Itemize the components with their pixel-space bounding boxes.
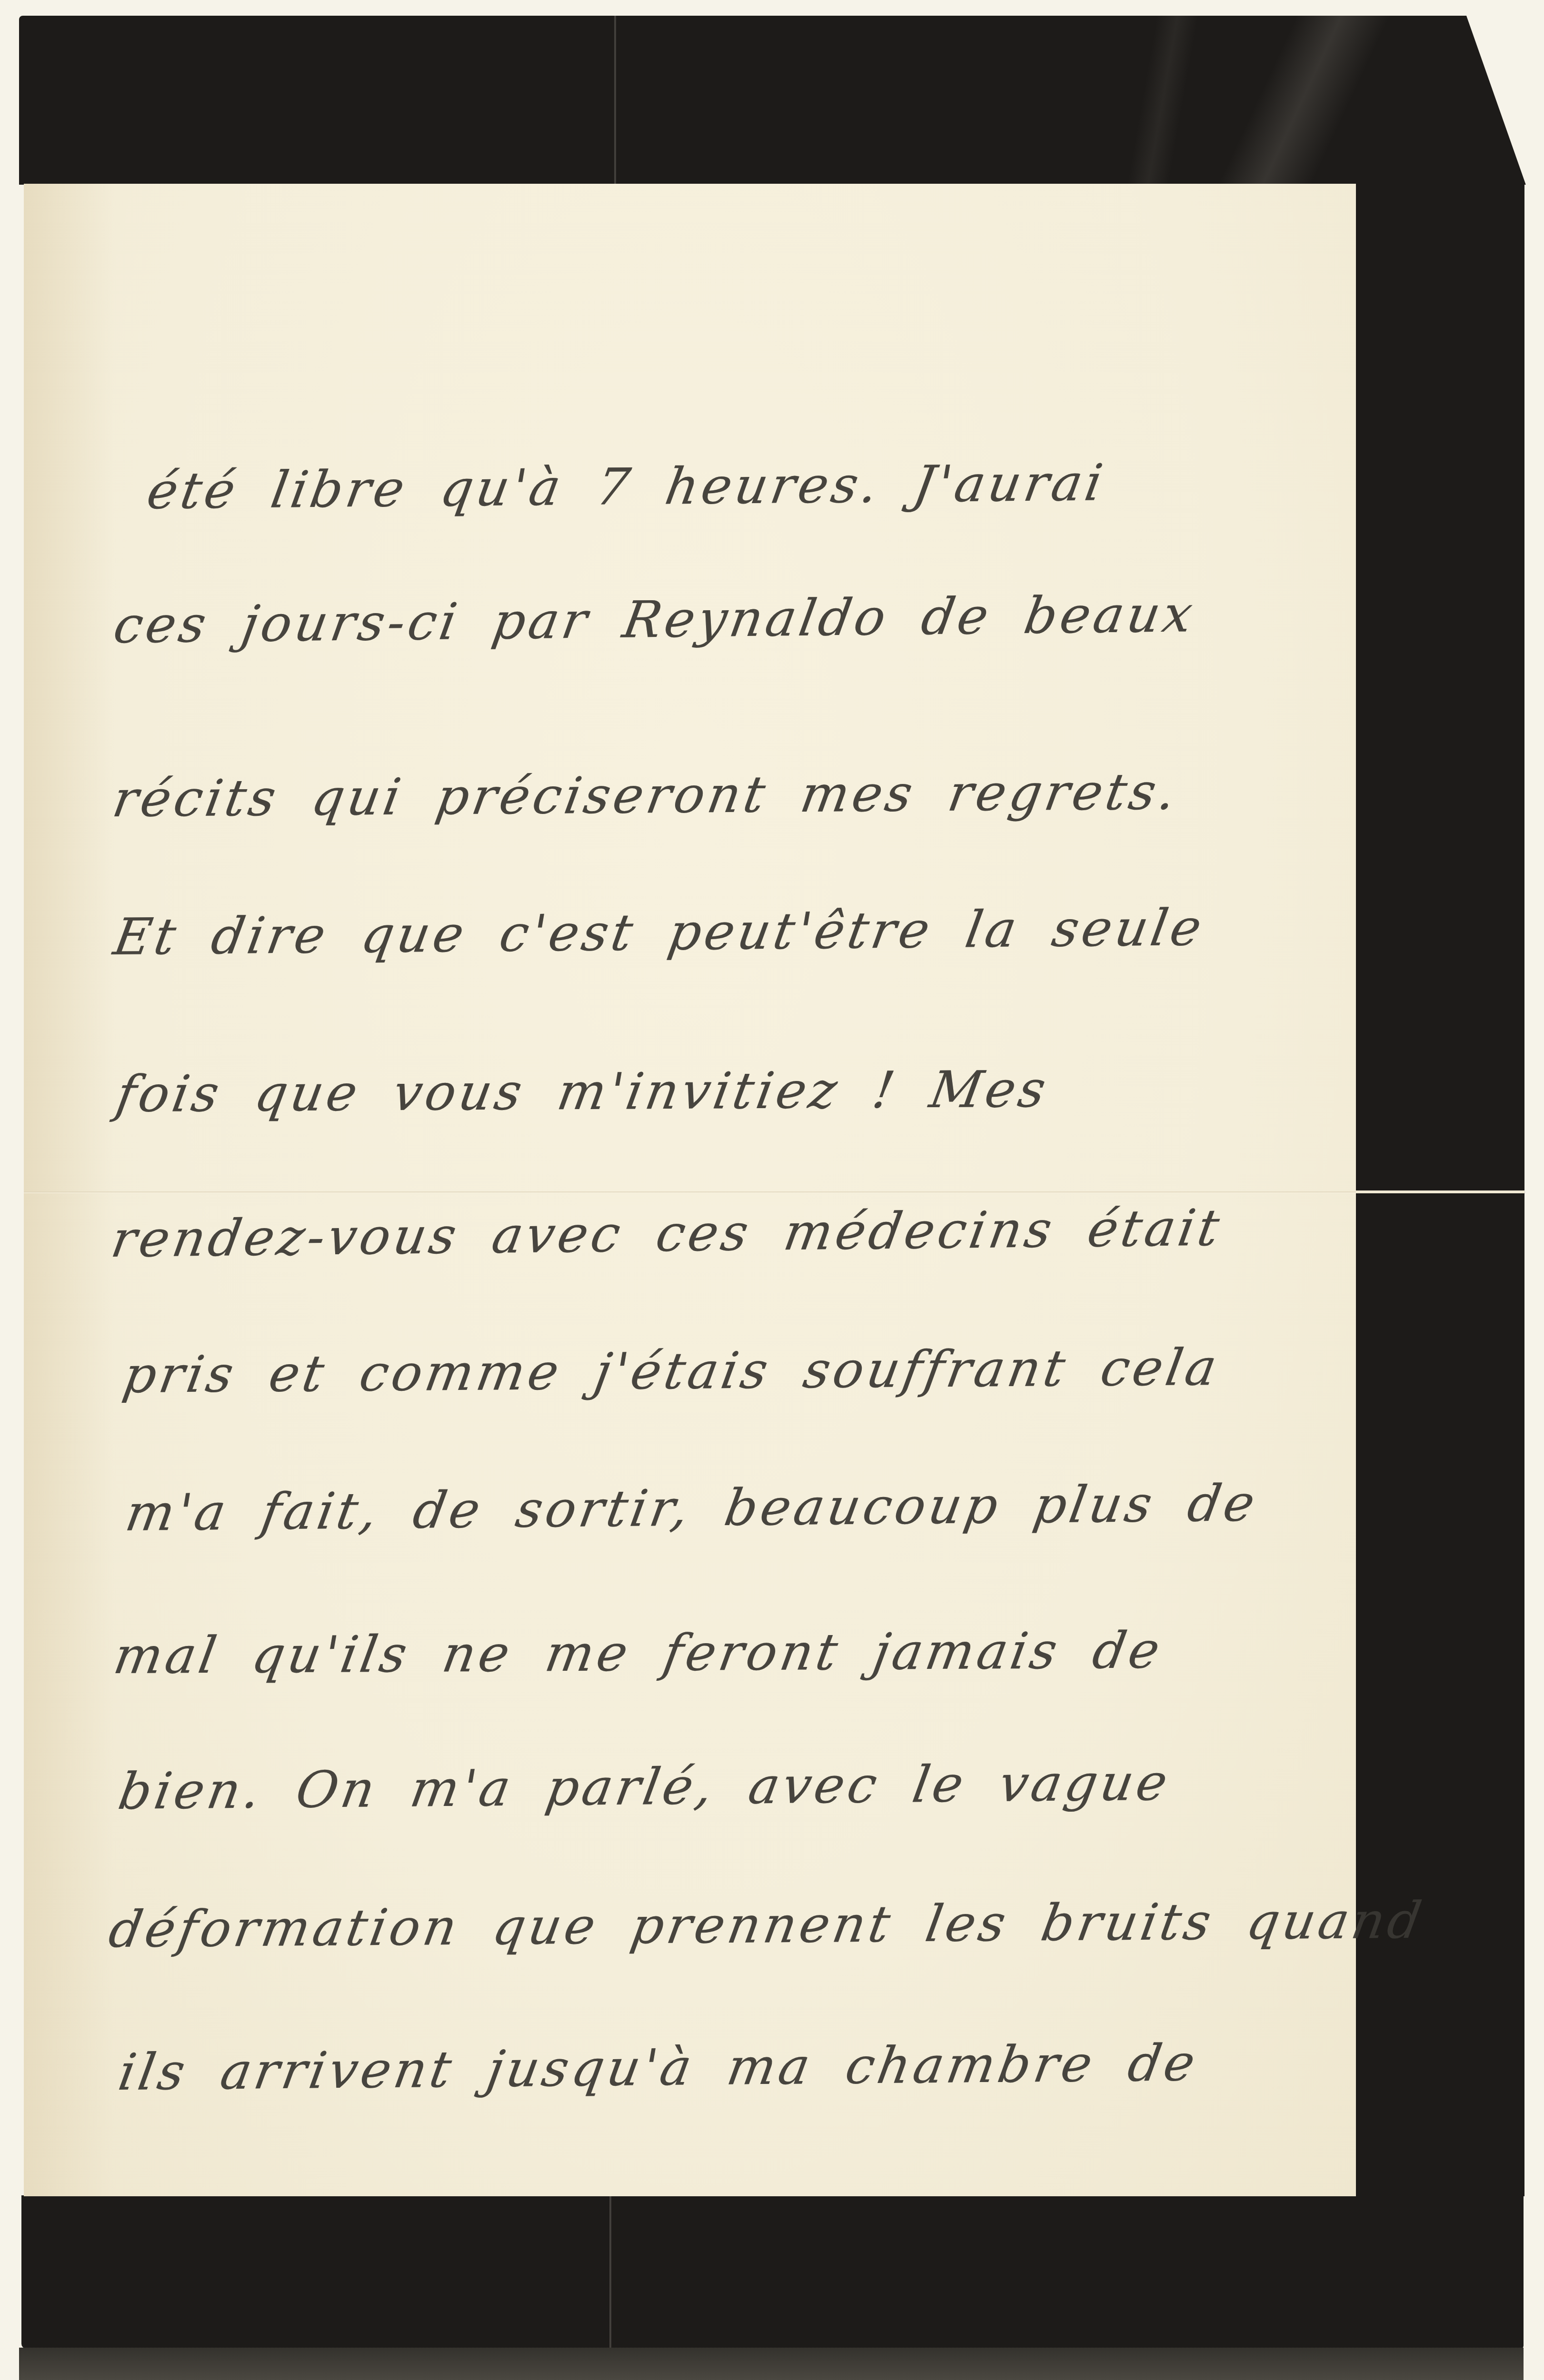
letter-line: fois que vous m'invitiez ! Mes <box>112 1059 1054 1124</box>
letter-line: été libre qu'à 7 heures. J'aurai <box>143 452 1110 521</box>
scan-background: été libre qu'à 7 heures. J'aurai ces jou… <box>0 0 1544 2380</box>
letter-paper: été libre qu'à 7 heures. J'aurai ces jou… <box>24 184 1356 2196</box>
mourning-border-bottom <box>21 2195 1524 2349</box>
letter-line: ils arrivent jusqu'à ma chambre de <box>114 2033 1203 2102</box>
letter-line: déformation que prennent les bruits quan… <box>105 1890 1429 1960</box>
letter-text: été libre qu'à 7 heures. J'aurai ces jou… <box>24 184 1356 2196</box>
letter-line: récits qui préciseront mes regrets. <box>109 761 1184 829</box>
border-sheen-secondary <box>1088 16 1231 185</box>
letter-line: bien. On m'a parlé, avec le vague <box>114 1752 1175 1822</box>
sheet-bottom-edge-shadow <box>19 2348 1524 2380</box>
fold-notch <box>1356 1190 1524 1193</box>
letter-line: pris et comme j'étais souffrant cela <box>119 1337 1225 1405</box>
vertical-fold-line-top <box>614 16 616 185</box>
vertical-fold-line-bottom <box>609 2195 611 2349</box>
letter-line: m'a fait, de sortir, beaucoup plus de <box>121 1473 1263 1543</box>
mourning-border-top <box>19 16 1526 185</box>
letter-line: Et dire que c'est peut'être la seule <box>110 897 1209 967</box>
letter-line: rendez-vous avec ces médecins était <box>107 1198 1227 1270</box>
letter-line: ces jours-ci par Reynaldo de beaux <box>110 584 1200 655</box>
letter-line: mal qu'ils ne me feront jamais de <box>110 1620 1167 1686</box>
